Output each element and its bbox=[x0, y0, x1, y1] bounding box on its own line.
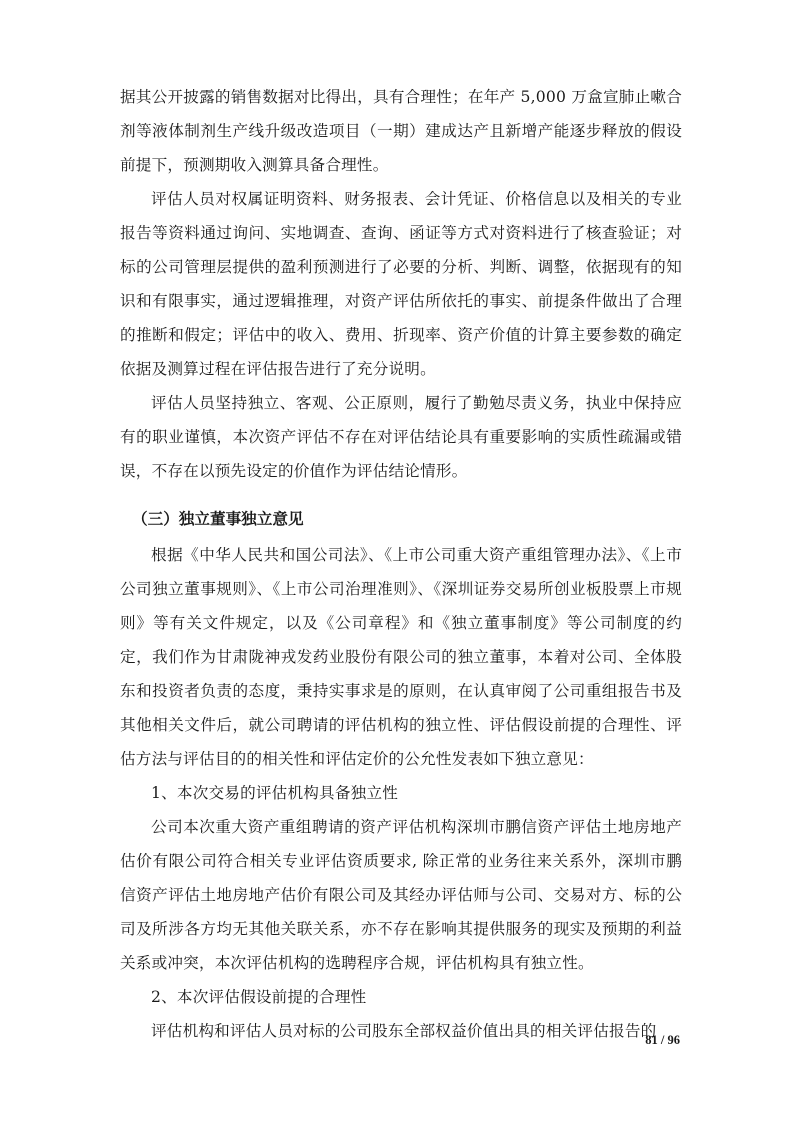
page-body: 据其公开披露的销售数据对比得出，具有合理性；在年产 5,000 万盒宣肺止嗽合剂… bbox=[120, 80, 682, 1048]
paragraph-legal-basis: 根据《中华人民共和国公司法》、《上市公司重大资产重组管理办法》、《上市公司独立董… bbox=[120, 538, 682, 776]
paragraph-assumption-reasonableness: 评估机构和评估人员对标的公司股东全部权益价值出具的相关评估报告的 bbox=[120, 1014, 682, 1048]
document-page: 据其公开披露的销售数据对比得出，具有合理性；在年产 5,000 万盒宣肺止嗽合剂… bbox=[0, 0, 793, 1122]
paragraph-professional-diligence: 评估人员坚持独立、客观、公正原则，履行了勤勉尽责义务，执业中保持应有的职业谨慎，… bbox=[120, 386, 682, 488]
subheading-assumption-reasonableness: 2、本次评估假设前提的合理性 bbox=[120, 980, 682, 1014]
page-number: 81 / 96 bbox=[600, 1033, 680, 1048]
paragraph-revenue-forecast-rationale: 据其公开披露的销售数据对比得出，具有合理性；在年产 5,000 万盒宣肺止嗽合剂… bbox=[120, 80, 682, 182]
paragraph-verification-process: 评估人员对权属证明资料、财务报表、会计凭证、价格信息以及相关的专业报告等资料通过… bbox=[120, 182, 682, 386]
subheading-appraiser-independence: 1、本次交易的评估机构具备独立性 bbox=[120, 776, 682, 810]
paragraph-appraiser-independence: 公司本次重大资产重组聘请的资产评估机构深圳市鹏信资产评估土地房地产估价有限公司符… bbox=[120, 810, 682, 980]
section-heading-independent-directors-opinion: （三）独立董事独立意见 bbox=[120, 502, 682, 536]
